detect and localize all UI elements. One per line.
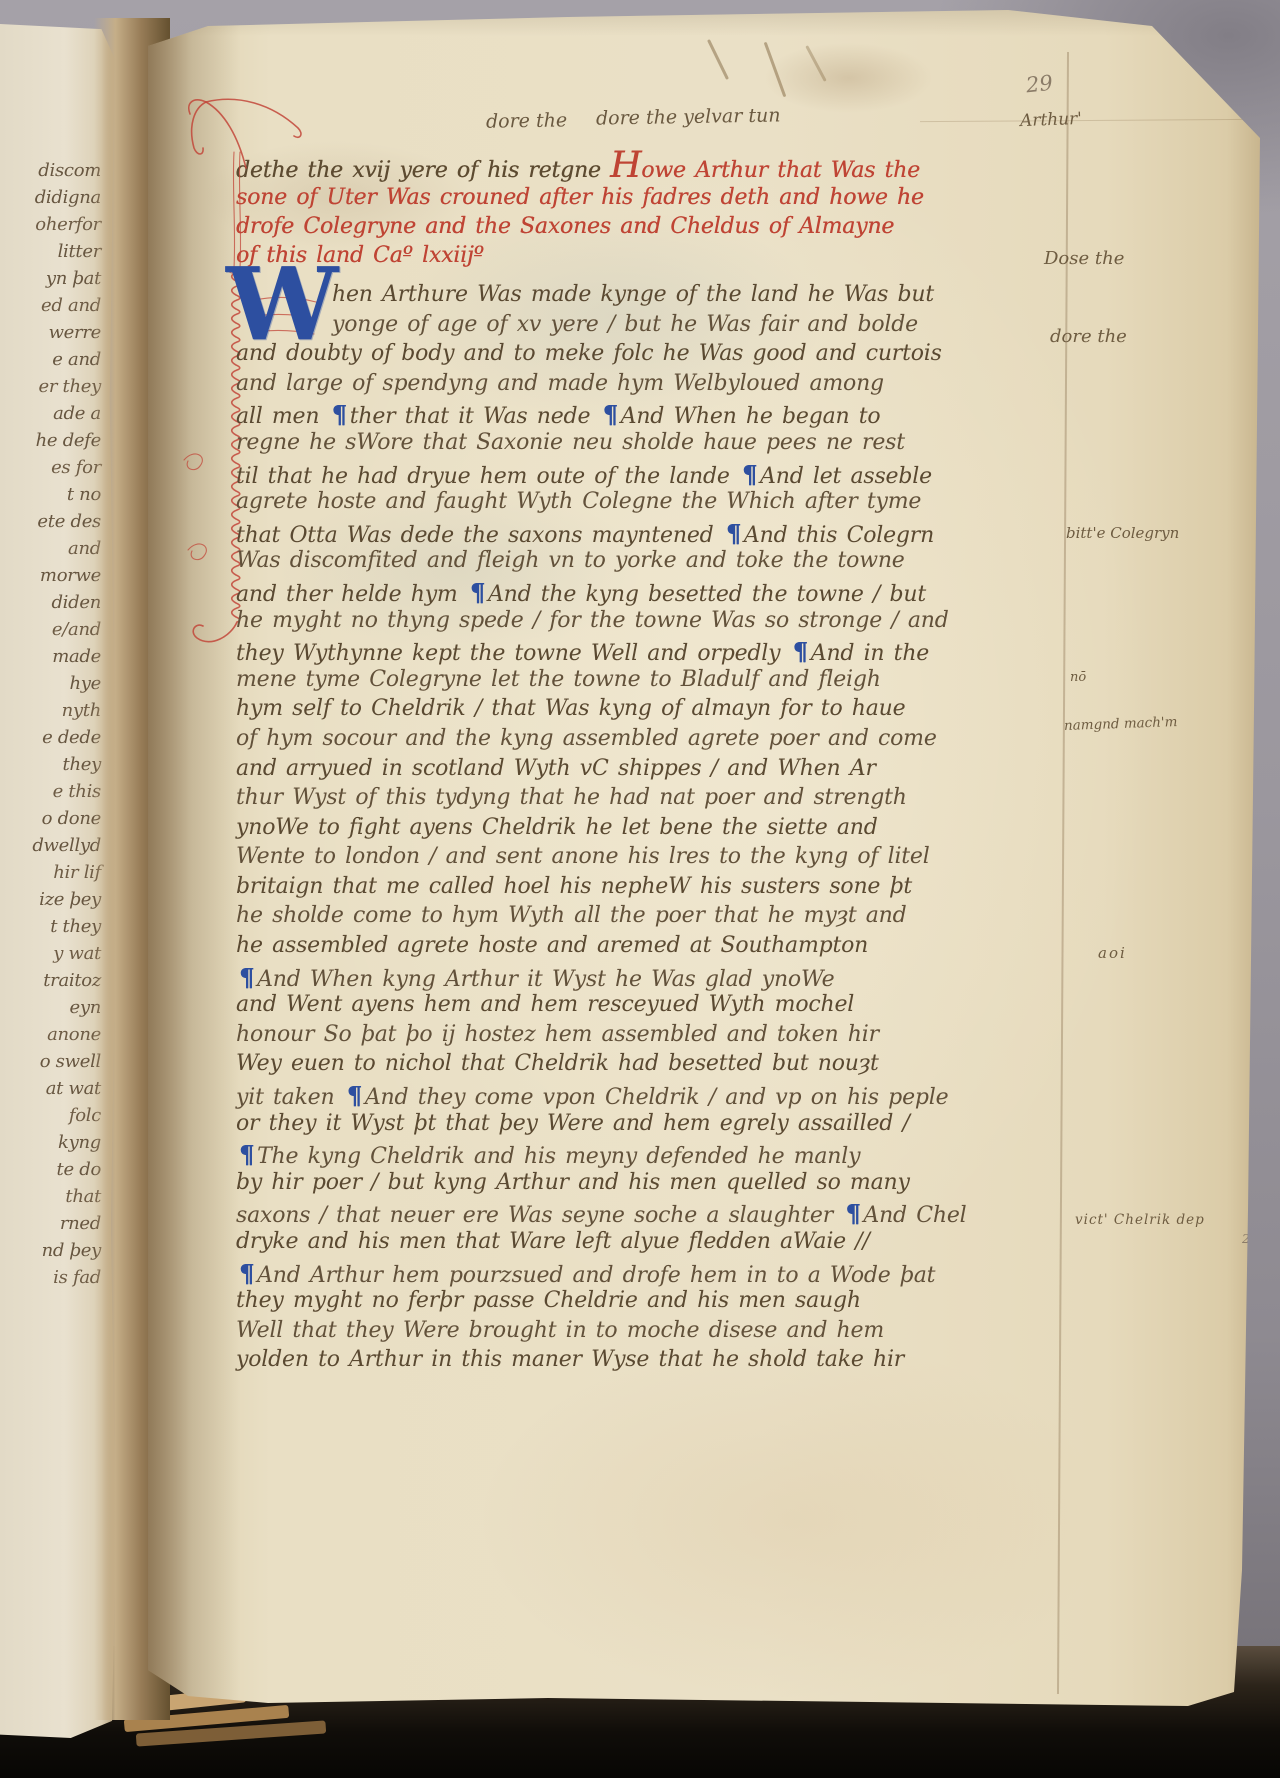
text-line: hym self to Cheldrik / that Was kyng of … bbox=[236, 696, 966, 726]
text-line: he myght no thyng spede / for the towne … bbox=[236, 608, 966, 638]
left-page-text: discomdidignaoherforlitteryn þated andwe… bbox=[0, 160, 104, 1294]
text-line: of hym socour and the kyng assembled agr… bbox=[236, 726, 966, 756]
pilcrow-mark: ¶ bbox=[600, 400, 621, 429]
text-line: and ther helde hym ¶And the kyng besette… bbox=[236, 578, 966, 608]
left-fragment-line: anone bbox=[0, 1024, 104, 1051]
left-fragment-line: litter bbox=[0, 241, 104, 268]
text-line: by hir poer / but kyng Arthur and his me… bbox=[236, 1170, 966, 1200]
text-line: honour So þat þo ij hostez hem assembled… bbox=[236, 1022, 966, 1052]
running-header-left: dore the bbox=[486, 109, 567, 132]
left-fragment-line: e and bbox=[0, 349, 104, 376]
left-fragment-line: kyng bbox=[0, 1132, 104, 1159]
rubric-line: drofe Colegryne and the Saxones and Chel… bbox=[236, 214, 1096, 243]
text-line: Was discomfited and fleigh vn to yorke a… bbox=[236, 548, 966, 578]
left-fragment-line: o done bbox=[0, 808, 104, 835]
margin-note-no: nō bbox=[1070, 670, 1086, 685]
text-line: Wey euen to nichol that Cheldrik had bes… bbox=[236, 1051, 966, 1081]
margin-note-colegryn: bitt'e Colegryn bbox=[1066, 524, 1179, 542]
left-fragment-line: werre bbox=[0, 322, 104, 349]
text-line: Wente to london / and sent anone his lre… bbox=[236, 844, 966, 874]
manuscript-page: dore the dore the yelvar tun 29 Arthur' … bbox=[148, 10, 1260, 1706]
left-fragment-line: traitoz bbox=[0, 970, 104, 997]
text-line: or they it Wyst þt that þey Were and hem… bbox=[236, 1111, 966, 1141]
pilcrow-mark: ¶ bbox=[467, 578, 488, 607]
margin-note-namyng: namgnd mach'm bbox=[1064, 714, 1178, 734]
text-line: ynoWe to fight ayens Cheldrik he let ben… bbox=[236, 815, 966, 845]
rubric-line: dethe the xvij yere of his retgne Howe A… bbox=[236, 156, 1096, 185]
top-edge-shade bbox=[148, 10, 1260, 36]
left-fragment-line: is fad bbox=[0, 1267, 104, 1294]
left-fragment-line: ed and bbox=[0, 295, 104, 322]
text-line: ¶And When kyng Arthur it Wyst he Was gla… bbox=[236, 963, 966, 993]
text-line: they myght no ferþr passe Cheldrie and h… bbox=[236, 1288, 966, 1318]
left-fragment-line: discom bbox=[0, 160, 104, 187]
left-fragment-line: at wat bbox=[0, 1078, 104, 1105]
left-fragment-line: e/and bbox=[0, 619, 104, 646]
text-line: hen Arthure Was made kynge of the land h… bbox=[332, 282, 966, 312]
text-line: they Wythynne kept the towne Well and or… bbox=[236, 637, 966, 667]
left-fragment-line: t they bbox=[0, 916, 104, 943]
pilcrow-mark: ¶ bbox=[739, 460, 760, 489]
left-fragment-line: er they bbox=[0, 376, 104, 403]
text-line: Well that they Were brought in to moche … bbox=[236, 1318, 966, 1348]
left-fragment-line: oherfor bbox=[0, 214, 104, 241]
ink-smudge bbox=[764, 42, 787, 98]
pilcrow-mark: ¶ bbox=[344, 1081, 365, 1110]
margin-ruling-line bbox=[1057, 52, 1069, 1694]
text-line: yit taken ¶And they come vpon Cheldrik /… bbox=[236, 1081, 966, 1111]
margin-note-aoi: aoi bbox=[1098, 944, 1127, 962]
left-fragment-line: ete des bbox=[0, 511, 104, 538]
header-ruling-line bbox=[920, 119, 1248, 122]
left-fragment-line: nyth bbox=[0, 700, 104, 727]
left-fragment-line: e this bbox=[0, 781, 104, 808]
text-line: and large of spendyng and made hym Welby… bbox=[236, 371, 966, 401]
left-fragment-line: he defe bbox=[0, 430, 104, 457]
text-line: britaign that me called hoel his nepheW … bbox=[236, 874, 966, 904]
text-line: he assembled agrete hoste and aremed at … bbox=[236, 933, 966, 963]
text-line: til that he had dryue hem oute of the la… bbox=[236, 460, 966, 490]
left-fragment-line: diden bbox=[0, 592, 104, 619]
rubric-initial-h: H bbox=[610, 145, 641, 186]
text-line: he sholde come to hym Wyth all the poer … bbox=[236, 903, 966, 933]
text-line: all men ¶ther that it Was nede ¶And When… bbox=[236, 400, 966, 430]
folio-number: 29 bbox=[1025, 71, 1054, 98]
pilcrow-mark: ¶ bbox=[842, 1199, 863, 1228]
text-line: ¶And Arthur hem pourzsued and drofe hem … bbox=[236, 1259, 966, 1289]
text-line: yonge of age of xv yere / but he Was fai… bbox=[332, 312, 966, 342]
rubric-line: of this land Caº lxxiijº bbox=[236, 243, 1096, 272]
left-fragment-line: ade a bbox=[0, 403, 104, 430]
left-fragment-line: t no bbox=[0, 484, 104, 511]
left-fragment-line: te do bbox=[0, 1159, 104, 1186]
left-fragment-line: o swell bbox=[0, 1051, 104, 1078]
pilcrow-mark: ¶ bbox=[329, 400, 350, 429]
left-fragment-line: folc bbox=[0, 1105, 104, 1132]
left-fragment-line: that bbox=[0, 1186, 104, 1213]
text-line: and doubty of body and to meke folc he W… bbox=[236, 341, 966, 371]
text-line: and Went ayens hem and hem resceyued Wyt… bbox=[236, 992, 966, 1022]
text-line: thur Wyst of this tydyng that he had nat… bbox=[236, 785, 966, 815]
rubric-line1-text: owe Arthur that Was the bbox=[641, 158, 920, 183]
left-fragment-line: morwe bbox=[0, 565, 104, 592]
text-line: mene tyme Colegryne let the towne to Bla… bbox=[236, 667, 966, 697]
left-fragment-line: yn þat bbox=[0, 268, 104, 295]
chapter-rubric: dethe the xvij yere of his retgne Howe A… bbox=[236, 156, 1096, 272]
left-fragment-line: eyn bbox=[0, 997, 104, 1024]
margin-note-dore-the: dore the bbox=[1050, 326, 1127, 347]
margin-note-arthur: Arthur' bbox=[1020, 109, 1083, 131]
text-line: dryke and his men that Ware left alyue f… bbox=[236, 1229, 966, 1259]
left-fragment-line: rned bbox=[0, 1213, 104, 1240]
left-fragment-line: dwellyd bbox=[0, 835, 104, 862]
margin-note-cheldrik: vict' Chelrik dep bbox=[1075, 1212, 1205, 1228]
text-line: yolden to Arthur in this maner Wyse that… bbox=[236, 1347, 966, 1377]
manuscript-photo: discomdidignaoherforlitteryn þated andwe… bbox=[0, 0, 1280, 1778]
quire-mark: 2 bbox=[1242, 1232, 1250, 1246]
text-line: and arryued in scotland Wyth vC shippes … bbox=[236, 756, 966, 786]
margin-note-dose-the: Dose the bbox=[1044, 248, 1124, 269]
pilcrow-mark: ¶ bbox=[236, 963, 257, 992]
running-header-right: dore the yelvar tun bbox=[596, 104, 781, 129]
text-line: saxons / that neuer ere Was seyne soche … bbox=[236, 1199, 966, 1229]
rubric-line: sone of Uter Was crouned after his fadre… bbox=[236, 185, 1096, 214]
body-text: hen Arthure Was made kynge of the land h… bbox=[236, 282, 966, 1377]
left-fragment-line: nd þey bbox=[0, 1240, 104, 1267]
left-fragment-line: they bbox=[0, 754, 104, 781]
left-fragment-line: hir lif bbox=[0, 862, 104, 889]
left-fragment-line: es for bbox=[0, 457, 104, 484]
left-fragment-line: and bbox=[0, 538, 104, 565]
text-line: regne he sWore that Saxonie neu sholde h… bbox=[236, 430, 966, 460]
left-fragment-line: didigna bbox=[0, 187, 104, 214]
text-line: agrete hoste and faught Wyth Colegne the… bbox=[236, 489, 966, 519]
left-fragment-line: ize þey bbox=[0, 889, 104, 916]
left-fragment-line: made bbox=[0, 646, 104, 673]
left-fragment-line: e dede bbox=[0, 727, 104, 754]
pilcrow-mark: ¶ bbox=[723, 519, 744, 548]
ink-smudge bbox=[707, 39, 729, 80]
pilcrow-mark: ¶ bbox=[790, 637, 811, 666]
pilcrow-mark: ¶ bbox=[236, 1140, 257, 1169]
pilcrow-mark: ¶ bbox=[236, 1259, 257, 1288]
ink-smudge bbox=[805, 45, 826, 82]
left-fragment-line: y wat bbox=[0, 943, 104, 970]
left-fragment-line: hye bbox=[0, 673, 104, 700]
text-line: ¶The kyng Cheldrik and his meyny defende… bbox=[236, 1140, 966, 1170]
text-line: that Otta Was dede the saxons mayntened … bbox=[236, 519, 966, 549]
